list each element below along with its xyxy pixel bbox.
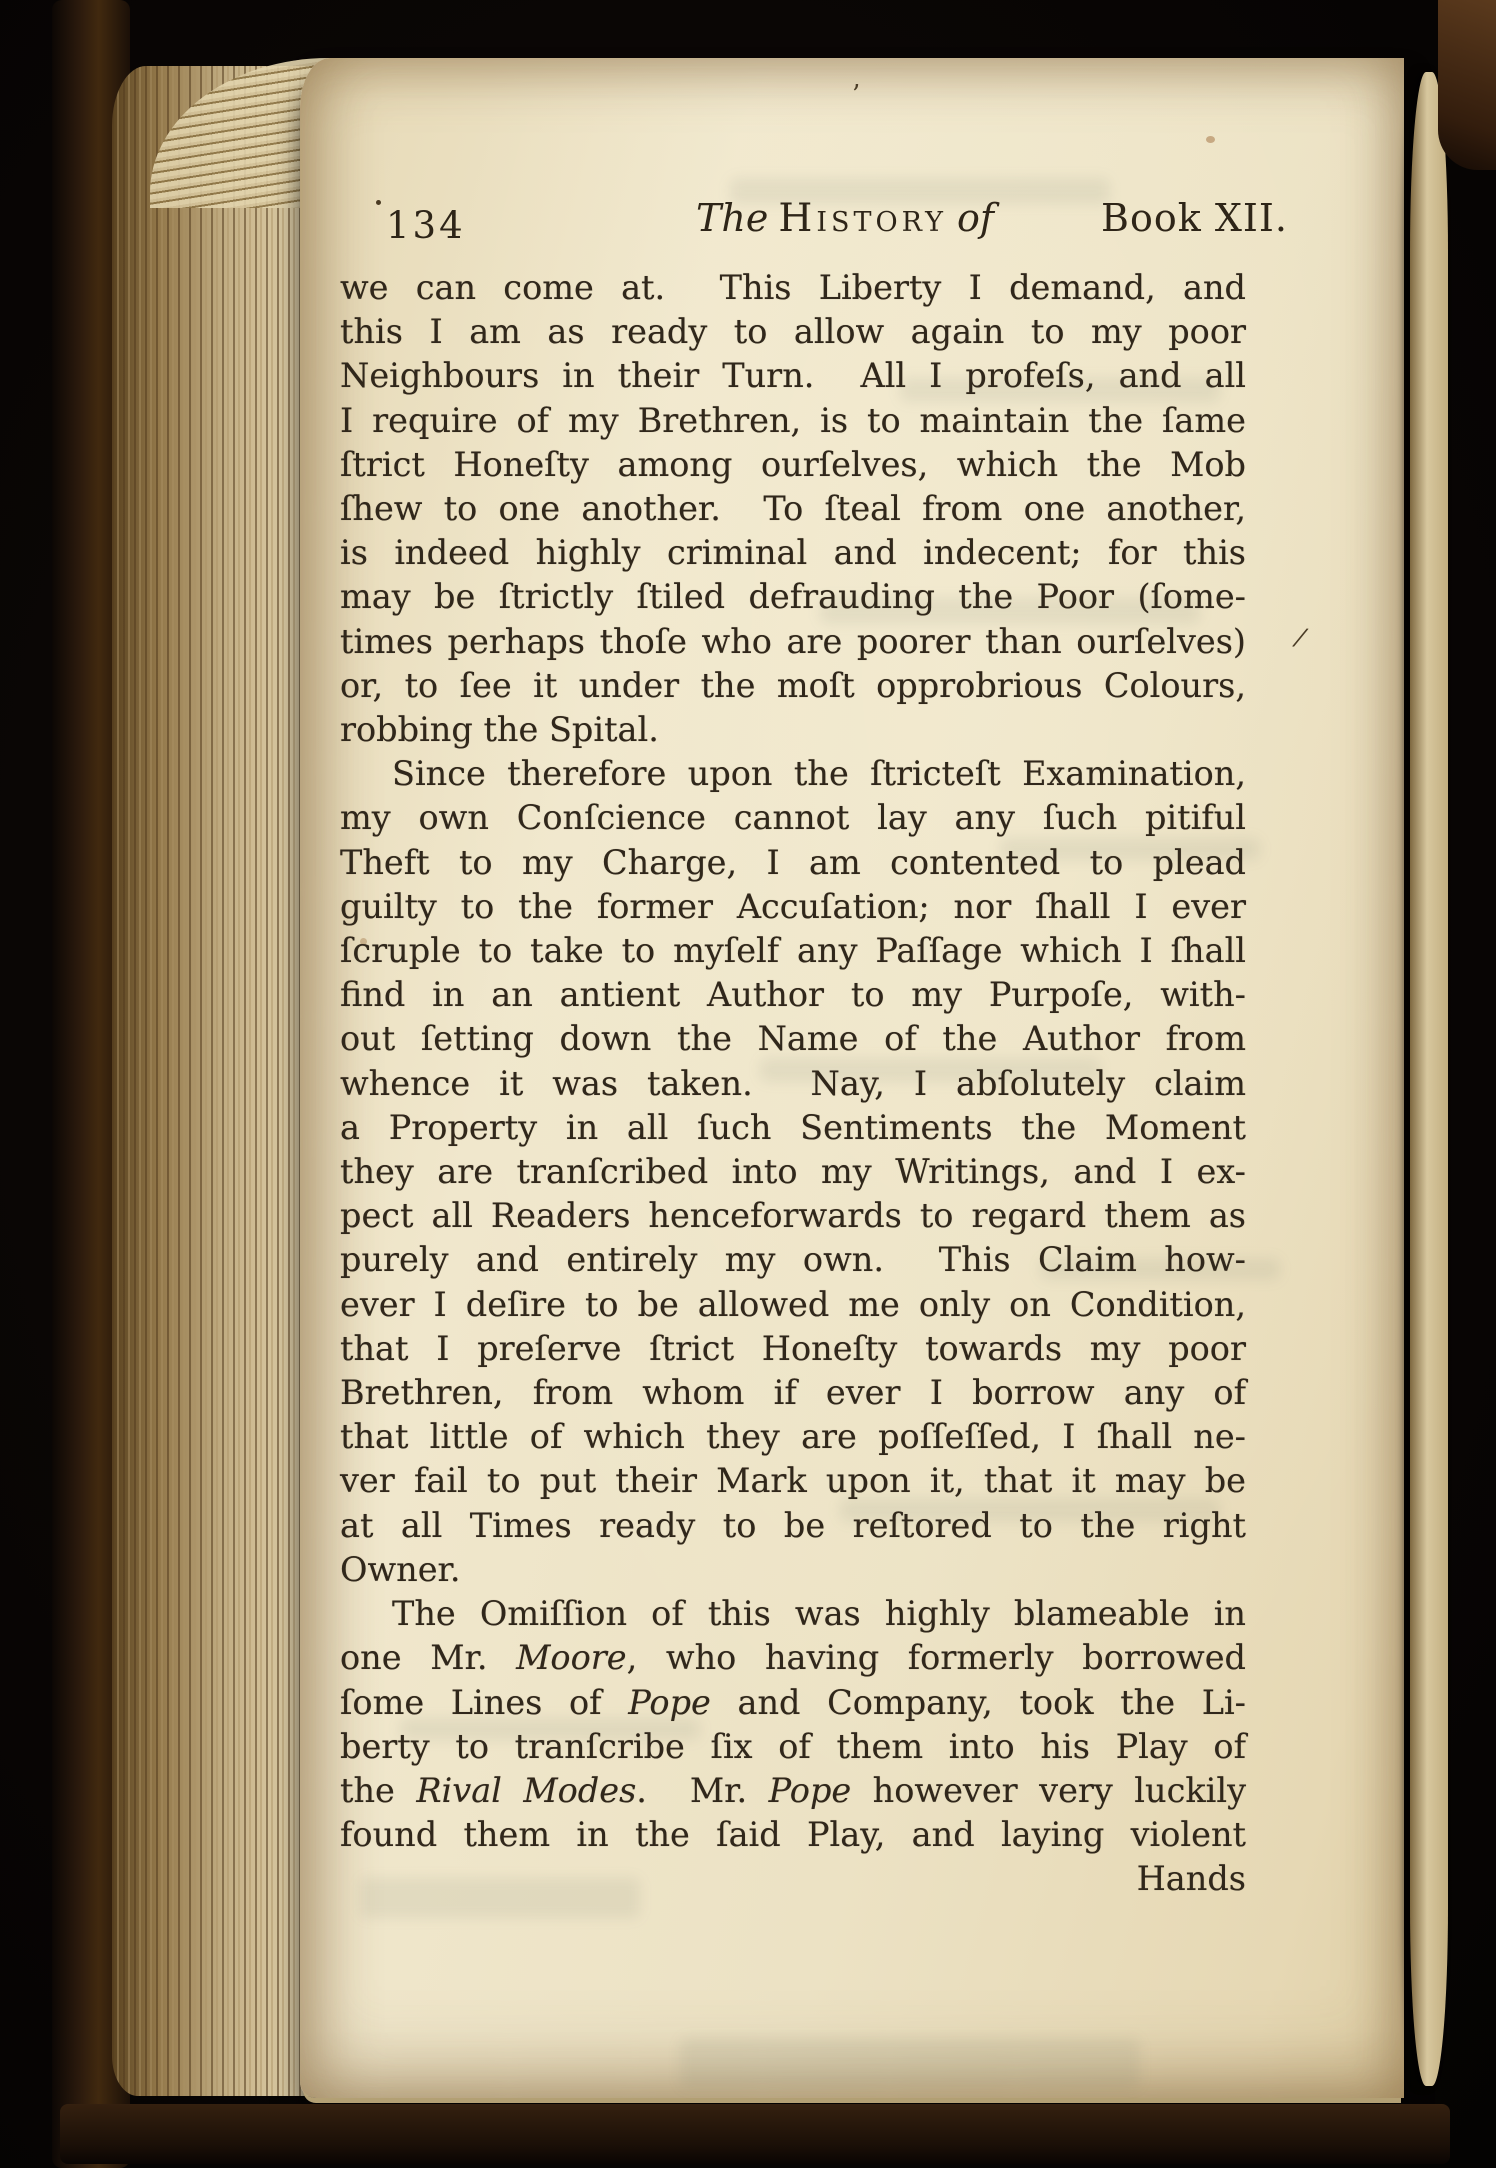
text-line: I require of my Brethren, is to maintain… xyxy=(340,399,1246,443)
fox-spot xyxy=(1206,136,1215,143)
ink-speck xyxy=(376,200,381,205)
running-title: TheHistoryof xyxy=(696,196,1004,241)
text-line: one Mr. Moore, who having formerly borro… xyxy=(340,1636,1246,1680)
text-line: that I preſerve ſtrict Honeſty towards m… xyxy=(340,1327,1246,1371)
text-line: berty to tranſcribe ſix of them into his… xyxy=(340,1725,1246,1769)
text-line: ſhew to one another. To ſteal from one a… xyxy=(340,487,1246,531)
text-line: ver fail to put their Mark upon it, that… xyxy=(340,1459,1246,1503)
text-line: find in an antient Author to my Purpoſe,… xyxy=(340,973,1246,1017)
running-title-of: of xyxy=(957,196,994,240)
page-edges-stack xyxy=(112,66,324,2096)
text-line: Theft to my Charge, I am contented to pl… xyxy=(340,841,1246,885)
facing-page-edge xyxy=(1410,72,1448,2086)
text-line: ſcruple to take to myſelf any Paſſage wh… xyxy=(340,929,1246,973)
text-line: out ſetting down the Name of the Author … xyxy=(340,1017,1246,1061)
text-line: this I am as ready to allow again to my … xyxy=(340,310,1246,354)
stray-mark: ’ xyxy=(852,80,860,110)
book-page: ’ ⁄ 134 TheHistoryof Book XII. we can co… xyxy=(300,58,1404,2098)
book-cover-bottom-edge xyxy=(60,2104,1450,2164)
running-title-the: The xyxy=(696,196,768,240)
text-line: Brethren, from whom if ever I borrow any… xyxy=(340,1371,1246,1415)
text-line: that little of which they are poſſeſſed,… xyxy=(340,1415,1246,1459)
book-number-label: Book XII. xyxy=(1101,196,1288,240)
paragraph: we can come at. This Liberty I demand, a… xyxy=(340,266,1246,752)
text-line: my own Conſcience cannot lay any ſuch pi… xyxy=(340,796,1246,840)
text-line: the Rival Modes. Mr. Pope however very l… xyxy=(340,1769,1246,1813)
book-photo: ’ ⁄ 134 TheHistoryof Book XII. we can co… xyxy=(0,0,1496,2168)
paragraph: Since therefore upon the ſtricteſt Exami… xyxy=(340,752,1246,1592)
text-line: or, to ſee it under the moſt opprobrious… xyxy=(340,664,1246,708)
text-line: ever I deſire to be allowed me only on C… xyxy=(340,1283,1246,1327)
text-line: we can come at. This Liberty I demand, a… xyxy=(340,266,1246,310)
text-line: Owner. xyxy=(340,1548,1246,1592)
paragraph: The Omiſſion of this was highly blameabl… xyxy=(340,1592,1246,1857)
running-title-history: History xyxy=(778,196,947,241)
text-line: a Property in all ſuch Sentiments the Mo… xyxy=(340,1106,1246,1150)
text-line: robbing the Spital. xyxy=(340,708,1246,752)
text-line: pect all Readers henceforwards to regard… xyxy=(340,1194,1246,1238)
text-line: they are tranſcribed into my Writings, a… xyxy=(340,1150,1246,1194)
showthrough-smudge xyxy=(680,2038,1140,2088)
text-line: at all Times ready to be reſtored to the… xyxy=(340,1504,1246,1548)
stray-mark: ⁄ xyxy=(1296,624,1304,654)
text-line: The Omiſſion of this was highly blameabl… xyxy=(340,1592,1246,1636)
text-line: purely and entirely my own. This Claim h… xyxy=(340,1238,1246,1282)
text-line: ſtrict Honeſty among ourſelves, which th… xyxy=(340,443,1246,487)
text-line: times perhaps thoſe who are poorer than … xyxy=(340,620,1246,664)
text-line: whence it was taken. Nay, I abſolutely c… xyxy=(340,1062,1246,1106)
text-line: is indeed highly criminal and indecent; … xyxy=(340,531,1246,575)
text-line: Neighbours in their Turn. All I profeſs,… xyxy=(340,354,1246,398)
page-number: 134 xyxy=(386,204,466,247)
catchword: Hands xyxy=(340,1857,1246,1901)
text-line: guilty to the former Accuſation; nor ſha… xyxy=(340,885,1246,929)
text-line: may be ſtrictly ſtiled defrauding the Po… xyxy=(340,575,1246,619)
body-text: we can come at. This Liberty I demand, a… xyxy=(340,266,1246,1902)
book-cover-top-right xyxy=(1438,0,1496,170)
text-line: found them in the ſaid Play, and laying … xyxy=(340,1813,1246,1857)
text-line: Since therefore upon the ſtricteſt Exami… xyxy=(340,752,1246,796)
text-line: ſome Lines of Pope and Company, took the… xyxy=(340,1681,1246,1725)
